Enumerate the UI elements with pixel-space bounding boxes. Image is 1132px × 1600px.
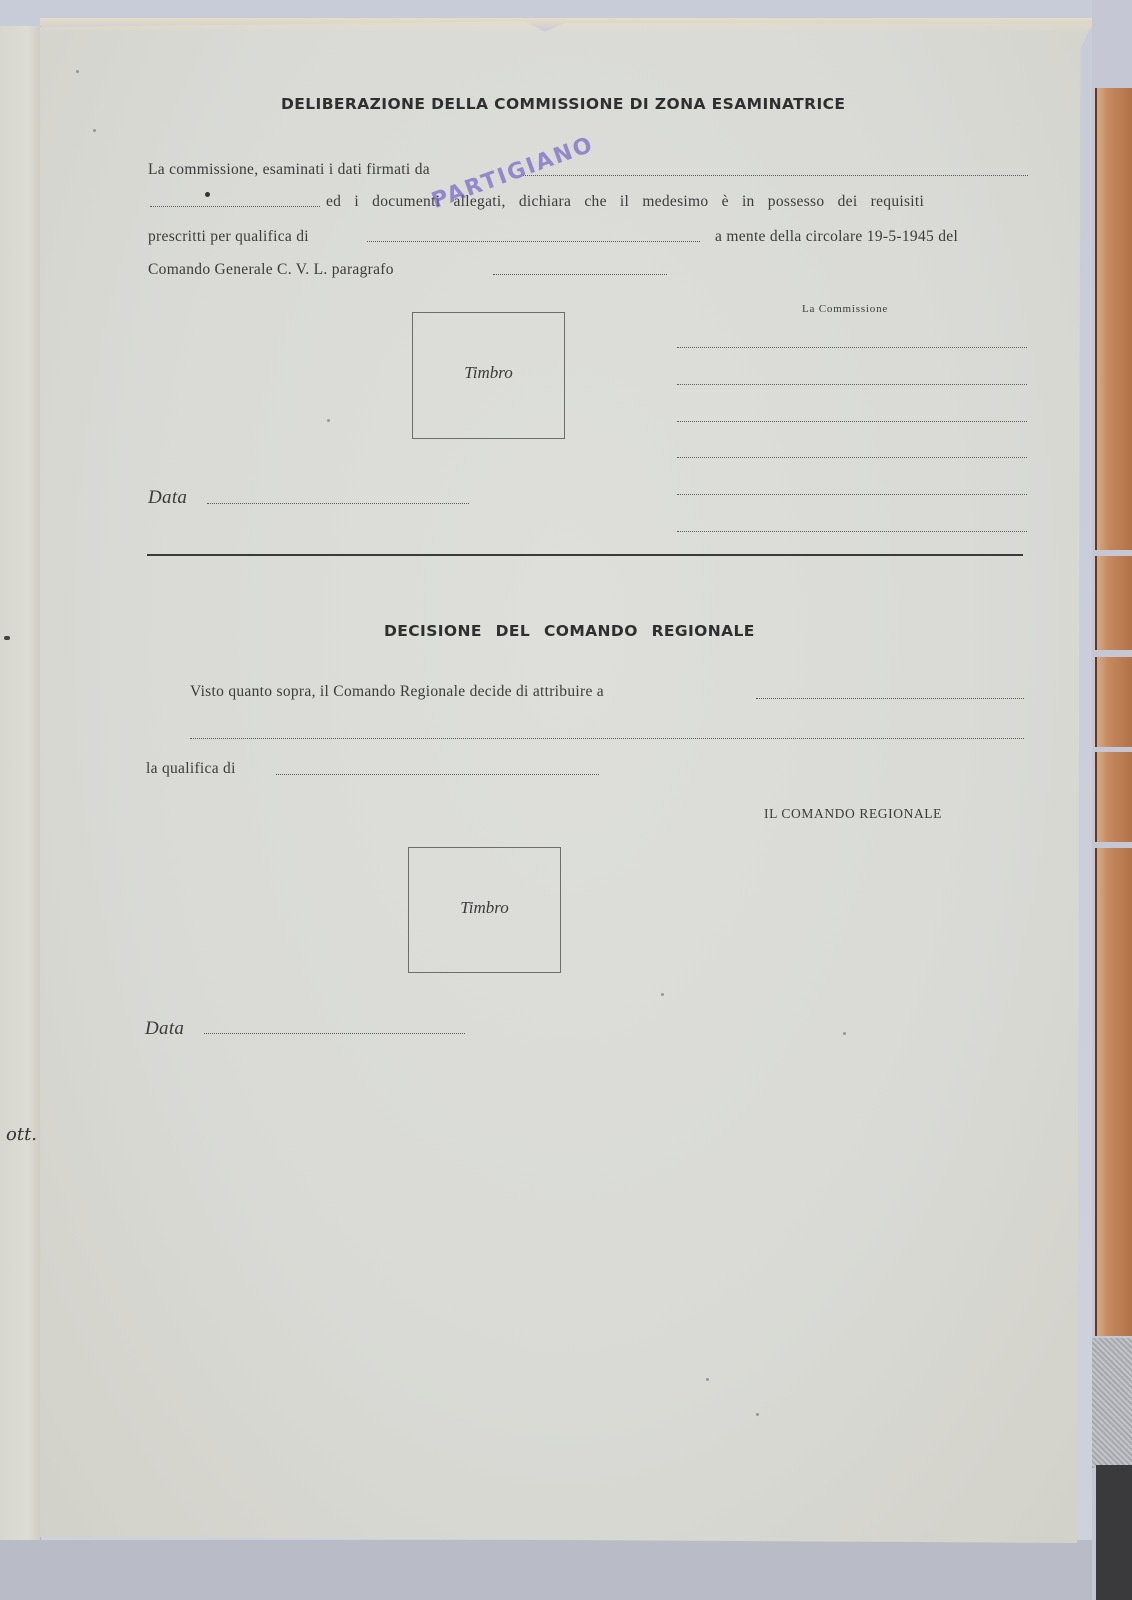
document-page <box>40 18 1092 1543</box>
commission-signature-line-5[interactable] <box>677 494 1027 495</box>
stamp-box-regional-command: Timbro <box>408 847 561 973</box>
signed-by-field[interactable] <box>523 175 1028 176</box>
paragrafo-field[interactable] <box>493 274 667 275</box>
commission-signature-line-6[interactable] <box>677 531 1027 532</box>
section2-date-field[interactable] <box>204 1033 465 1034</box>
section-divider <box>147 554 1023 556</box>
wooden-spine-segment <box>1095 88 1132 550</box>
section2-date-label: Data <box>145 1018 184 1040</box>
qualifica-field[interactable] <box>367 241 700 242</box>
commission-signature-line-1[interactable] <box>677 347 1027 348</box>
dark-binding-strip <box>1096 1465 1132 1600</box>
attribute-to-field[interactable] <box>756 698 1024 699</box>
section2-line1-text: Visto quanto sopra, il Comando Regionale… <box>190 683 604 701</box>
commission-signature-heading: La Commissione <box>802 303 888 315</box>
wooden-spine-segment <box>1095 556 1132 650</box>
section1-line4-text: Comando Generale C. V. L. paragrafo <box>148 261 394 279</box>
wooden-spine-segment <box>1095 848 1132 1336</box>
stamp-box-label: Timbro <box>409 898 560 918</box>
ribbon-bookmark <box>1092 1338 1132 1468</box>
ink-dot <box>205 192 210 197</box>
paper-speck <box>756 1413 759 1416</box>
section1-line3-text-a: prescritti per qualifica di <box>148 228 309 246</box>
section1-date-field[interactable] <box>207 503 469 504</box>
section2-qualifica-field[interactable] <box>276 774 599 775</box>
section1-date-label: Data <box>148 487 187 509</box>
stamp-box-commission: Timbro <box>412 312 565 439</box>
section1-line1-text: La commissione, esaminati i dati firmati… <box>148 161 430 179</box>
section1-title: DELIBERAZIONE DELLA COMMISSIONE DI ZONA … <box>281 95 845 113</box>
wooden-spine-segment <box>1095 752 1132 842</box>
section2-title: DECISIONE DEL COMANDO REGIONALE <box>384 622 755 640</box>
paper-speck <box>843 1032 846 1035</box>
section1-line3-text-b: a mente della circolare 19-5-1945 del <box>715 228 958 246</box>
stamp-box-label: Timbro <box>413 363 564 383</box>
commission-signature-line-3[interactable] <box>677 421 1027 422</box>
adjacent-left-page <box>0 26 41 1541</box>
attribute-to-field-continued[interactable] <box>190 738 1024 739</box>
paper-speck <box>327 419 330 422</box>
commission-signature-line-2[interactable] <box>677 384 1027 385</box>
wooden-spine-segment <box>1095 657 1132 747</box>
section1-line2-text: ed i documenti allegati, dichiara che il… <box>326 193 924 211</box>
regional-command-signature-heading: IL COMANDO REGIONALE <box>764 806 942 822</box>
bottom-shadow <box>0 1540 1092 1600</box>
page-yellowed-edge <box>40 18 1092 32</box>
paper-speck <box>76 70 79 73</box>
paper-speck <box>93 129 96 132</box>
left-page-ink-mark <box>4 636 10 640</box>
margin-handwritten-note: ott. <box>6 1124 37 1145</box>
paper-speck <box>661 993 664 996</box>
commission-signature-line-4[interactable] <box>677 457 1027 458</box>
signed-by-field-continued[interactable] <box>150 206 320 207</box>
section2-line3-text: la qualifica di <box>146 760 236 778</box>
paper-speck <box>706 1378 709 1381</box>
